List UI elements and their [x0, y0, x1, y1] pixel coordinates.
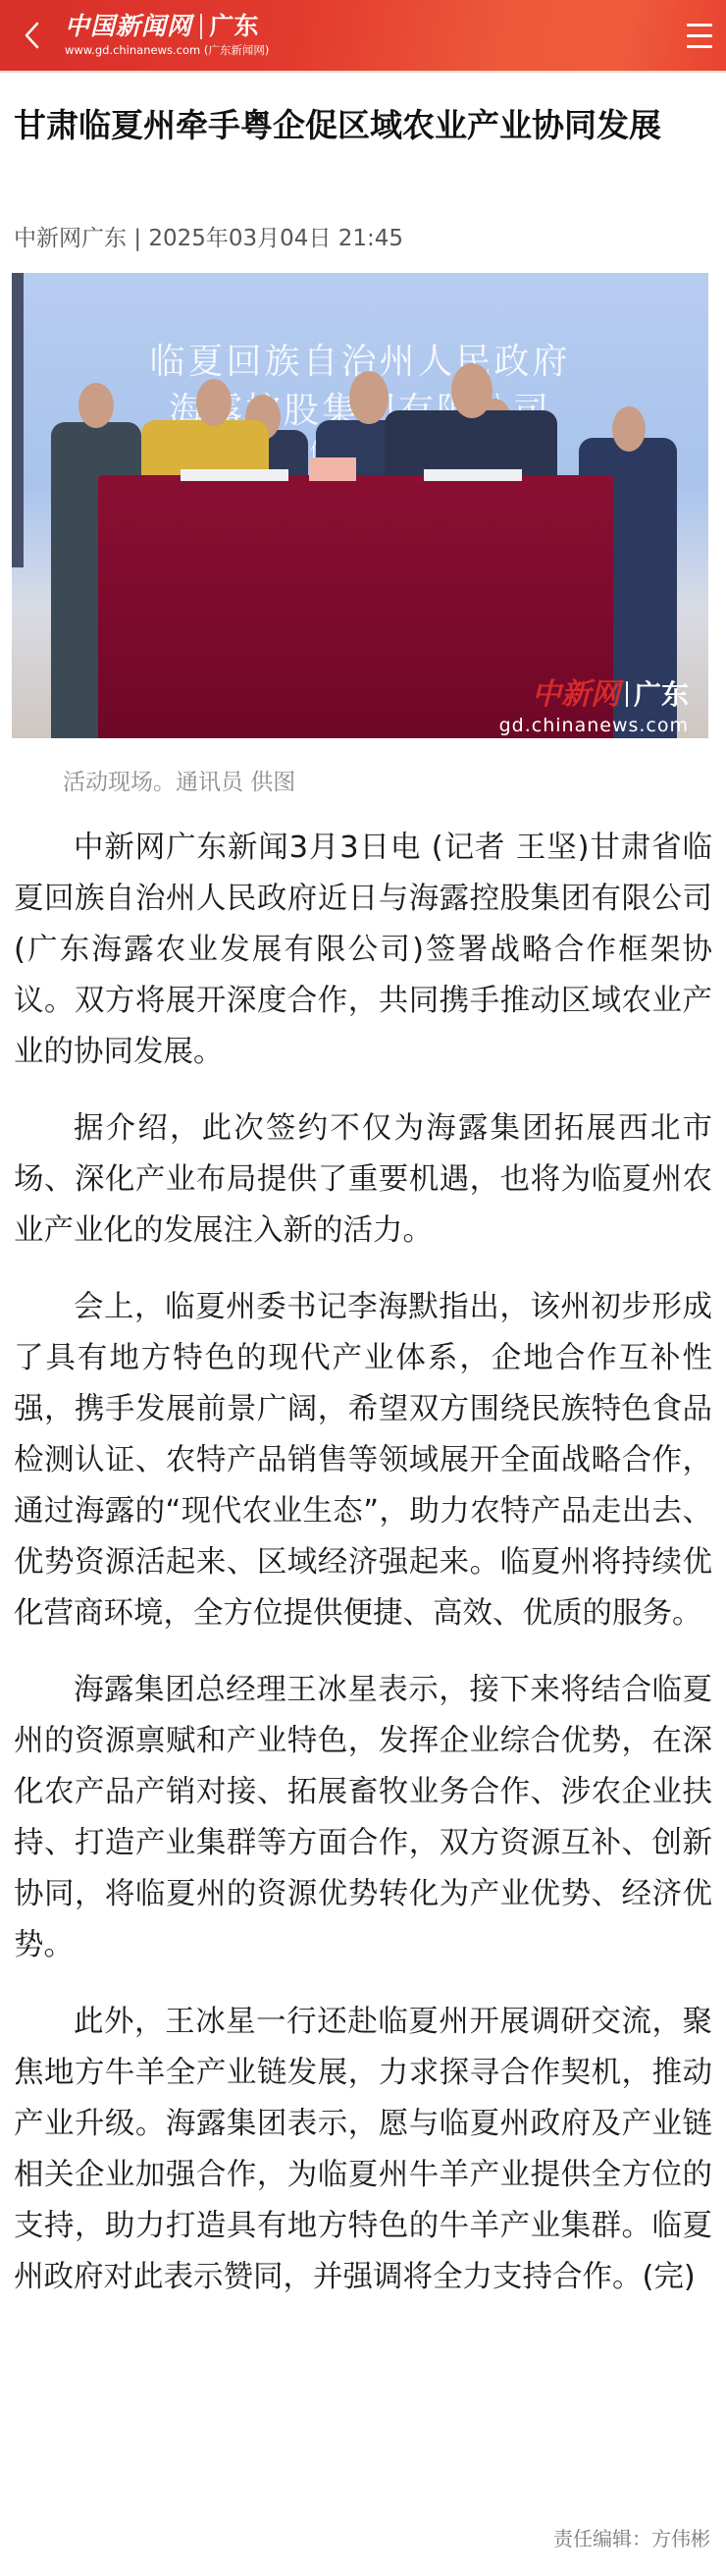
article-photo: 临夏回族自治州人民政府 海露控股集团有限公司 战略合作协议签约仪式 中新网广东 …	[12, 273, 708, 738]
photo-person-head	[349, 371, 389, 424]
menu-button[interactable]	[687, 24, 712, 51]
hamburger-menu-icon	[687, 24, 712, 48]
article-title: 甘肃临夏州牵手粤企促区域农业产业协同发展	[14, 98, 712, 153]
back-button[interactable]	[18, 16, 47, 55]
chevron-left-icon	[18, 16, 47, 55]
meta-separator: |	[133, 226, 141, 251]
site-logo[interactable]: 中国新闻网 广东 www.gd.chinanews.com (广东新闻网)	[65, 12, 269, 58]
photo-person-head	[612, 406, 646, 452]
watermark-url: gd.chinanews.com	[499, 715, 689, 736]
photo-nameplate	[309, 457, 356, 481]
article-paragraph: 海露集团总经理王冰星表示，接下来将结合临夏州的资源禀赋和产业特色，发挥企业综合优…	[14, 1665, 712, 1971]
photo-watermark: 中新网广东 gd.chinanews.com	[499, 670, 689, 736]
photo-signer-head	[451, 363, 493, 418]
photo-caption: 活动现场。通讯员 供图	[63, 764, 295, 796]
logo-divider	[200, 14, 202, 39]
article-paragraph: 中新网广东新闻3月3日电 (记者 王坚)甘肃省临夏回族自治州人民政府近日与海露控…	[14, 823, 712, 1078]
logo-url: www.gd.chinanews.com (广东新闻网)	[65, 42, 269, 58]
photo-document	[424, 469, 522, 481]
watermark-region: 广东	[634, 678, 689, 711]
article-paragraph: 此外，王冰星一行还赴临夏州开展调研交流，聚焦地方牛羊全产业链发展，力求探寻合作契…	[14, 1997, 712, 2303]
article-meta: 中新网广东 | 2025年03月04日 21:45	[14, 220, 403, 252]
photo-document	[181, 469, 288, 481]
photo-signer-head	[196, 379, 232, 426]
watermark-logo: 中新网	[532, 677, 620, 712]
watermark-divider	[626, 681, 628, 707]
top-navigation-bar: 中国新闻网 广东 www.gd.chinanews.com (广东新闻网)	[0, 0, 726, 73]
article-source: 中新网广东	[14, 226, 127, 251]
article-paragraph: 会上，临夏州委书记李海默指出，该州初步形成了具有地方特色的现代产业体系，企地合作…	[14, 1282, 712, 1639]
article-body: 中新网广东新闻3月3日电 (记者 王坚)甘肃省临夏回族自治州人民政府近日与海露控…	[14, 823, 712, 2329]
logo-text: 中国新闻网	[65, 12, 192, 41]
article-paragraph: 据介绍，此次签约不仅为海露集团拓展西北市场、深化产业布局提供了重要机遇，也将为临…	[14, 1103, 712, 1257]
responsible-editor: 责任编辑：方伟彬	[553, 2523, 710, 2551]
article-datetime: 2025年03月04日 21:45	[148, 226, 403, 251]
logo-region: 广东	[210, 12, 259, 41]
photo-person-head	[78, 383, 114, 428]
